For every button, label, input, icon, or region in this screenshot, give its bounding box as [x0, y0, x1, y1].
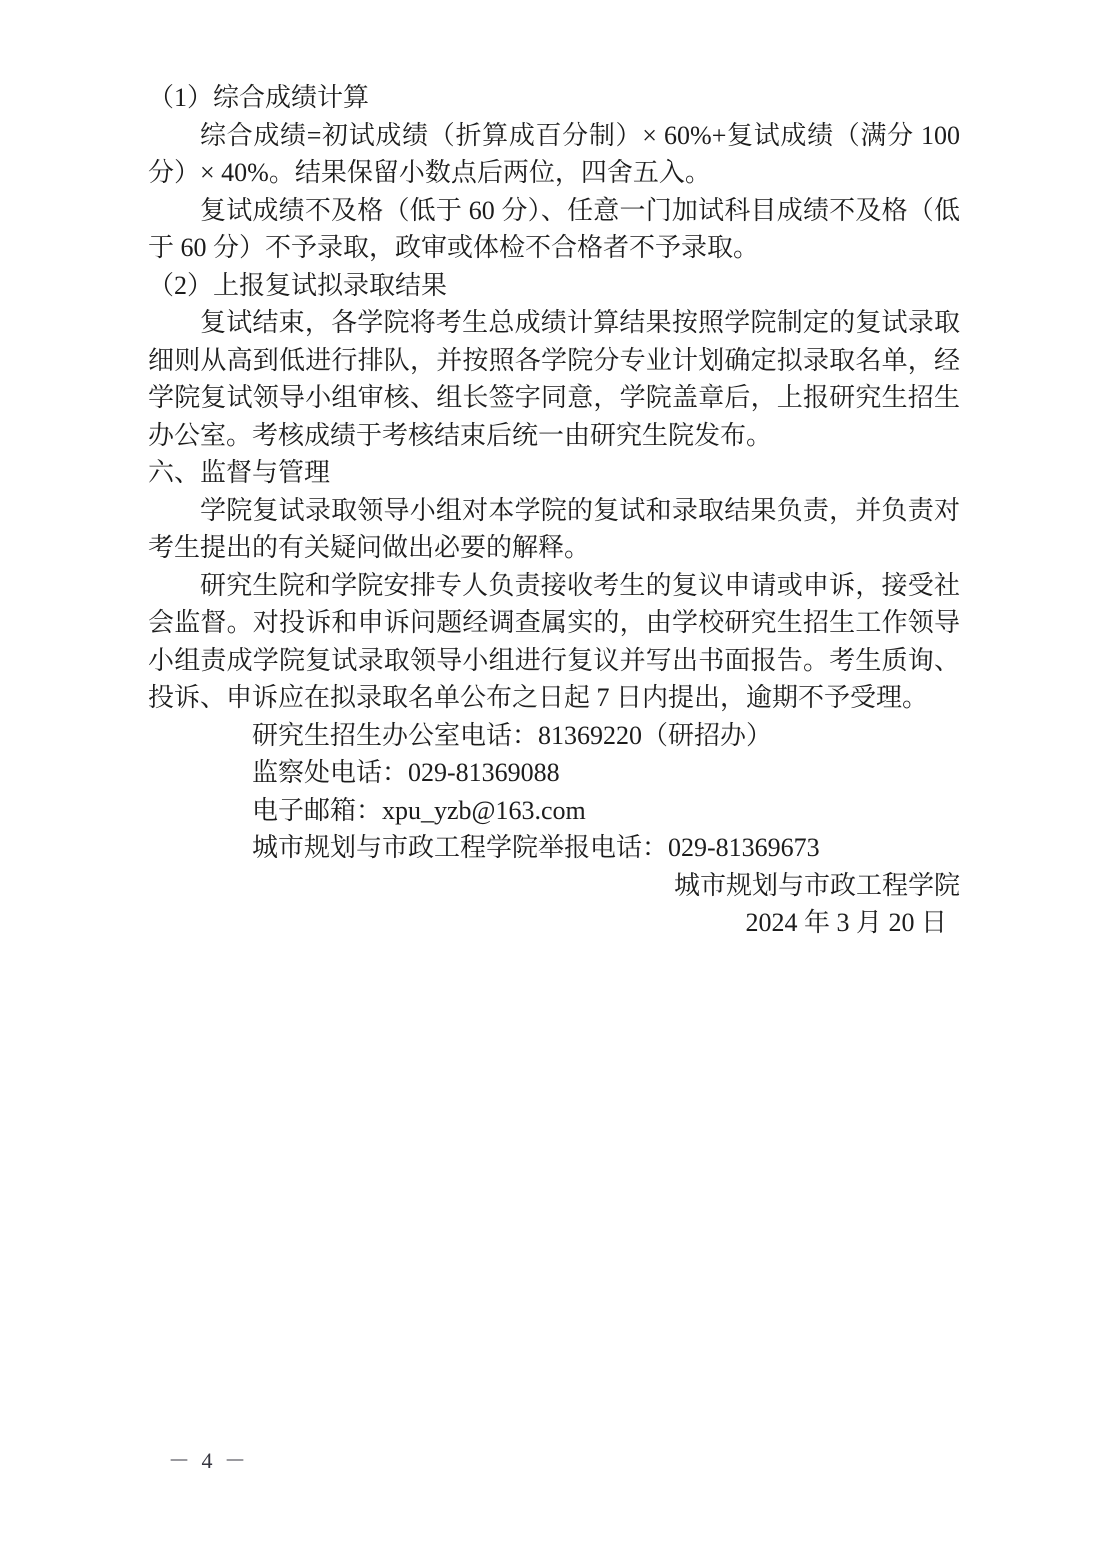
section-heading-supervision: 六、监督与管理	[148, 454, 960, 492]
contact-line-email: 电子邮箱：xpu_yzb@163.com	[148, 792, 960, 830]
paragraph-appeal-process: 研究生院和学院安排专人负责接收考生的复议申请或申诉，接受社会监督。对投诉和申诉问…	[148, 567, 960, 717]
date-line: 2024 年 3 月 20 日	[148, 904, 960, 942]
paragraph-fail-rules: 复试成绩不及格（低于 60 分）、任意一门加试科目成绩不及格（低于 60 分）不…	[148, 192, 960, 267]
paragraph-score-formula: 综合成绩=初试成绩（折算成百分制）× 60%+复试成绩（满分 100 分）× 4…	[148, 117, 960, 192]
contact-line-college-report-phone: 城市规划与市政工程学院举报电话：029-81369673	[148, 829, 960, 867]
document-body: （1）综合成绩计算 综合成绩=初试成绩（折算成百分制）× 60%+复试成绩（满分…	[148, 79, 960, 942]
contact-line-supervision-phone: 监察处电话：029-81369088	[148, 754, 960, 792]
paragraph-responsibility: 学院复试录取领导小组对本学院的复试和录取结果负责，并负责对考生提出的有关疑问做出…	[148, 492, 960, 567]
subsection-heading-report-results: （2）上报复试拟录取结果	[148, 267, 960, 305]
page-number: － 4 －	[168, 1446, 249, 1476]
contact-line-admissions-phone: 研究生招生办公室电话：81369220（研招办）	[148, 717, 960, 755]
signature-line-college-name: 城市规划与市政工程学院	[148, 867, 960, 905]
document-page: （1）综合成绩计算 综合成绩=初试成绩（折算成百分制）× 60%+复试成绩（满分…	[0, 0, 1102, 1559]
subsection-heading-comprehensive-score: （1）综合成绩计算	[148, 79, 960, 117]
paragraph-report-procedure: 复试结束，各学院将考生总成绩计算结果按照学院制定的复试录取细则从高到低进行排队，…	[148, 304, 960, 454]
